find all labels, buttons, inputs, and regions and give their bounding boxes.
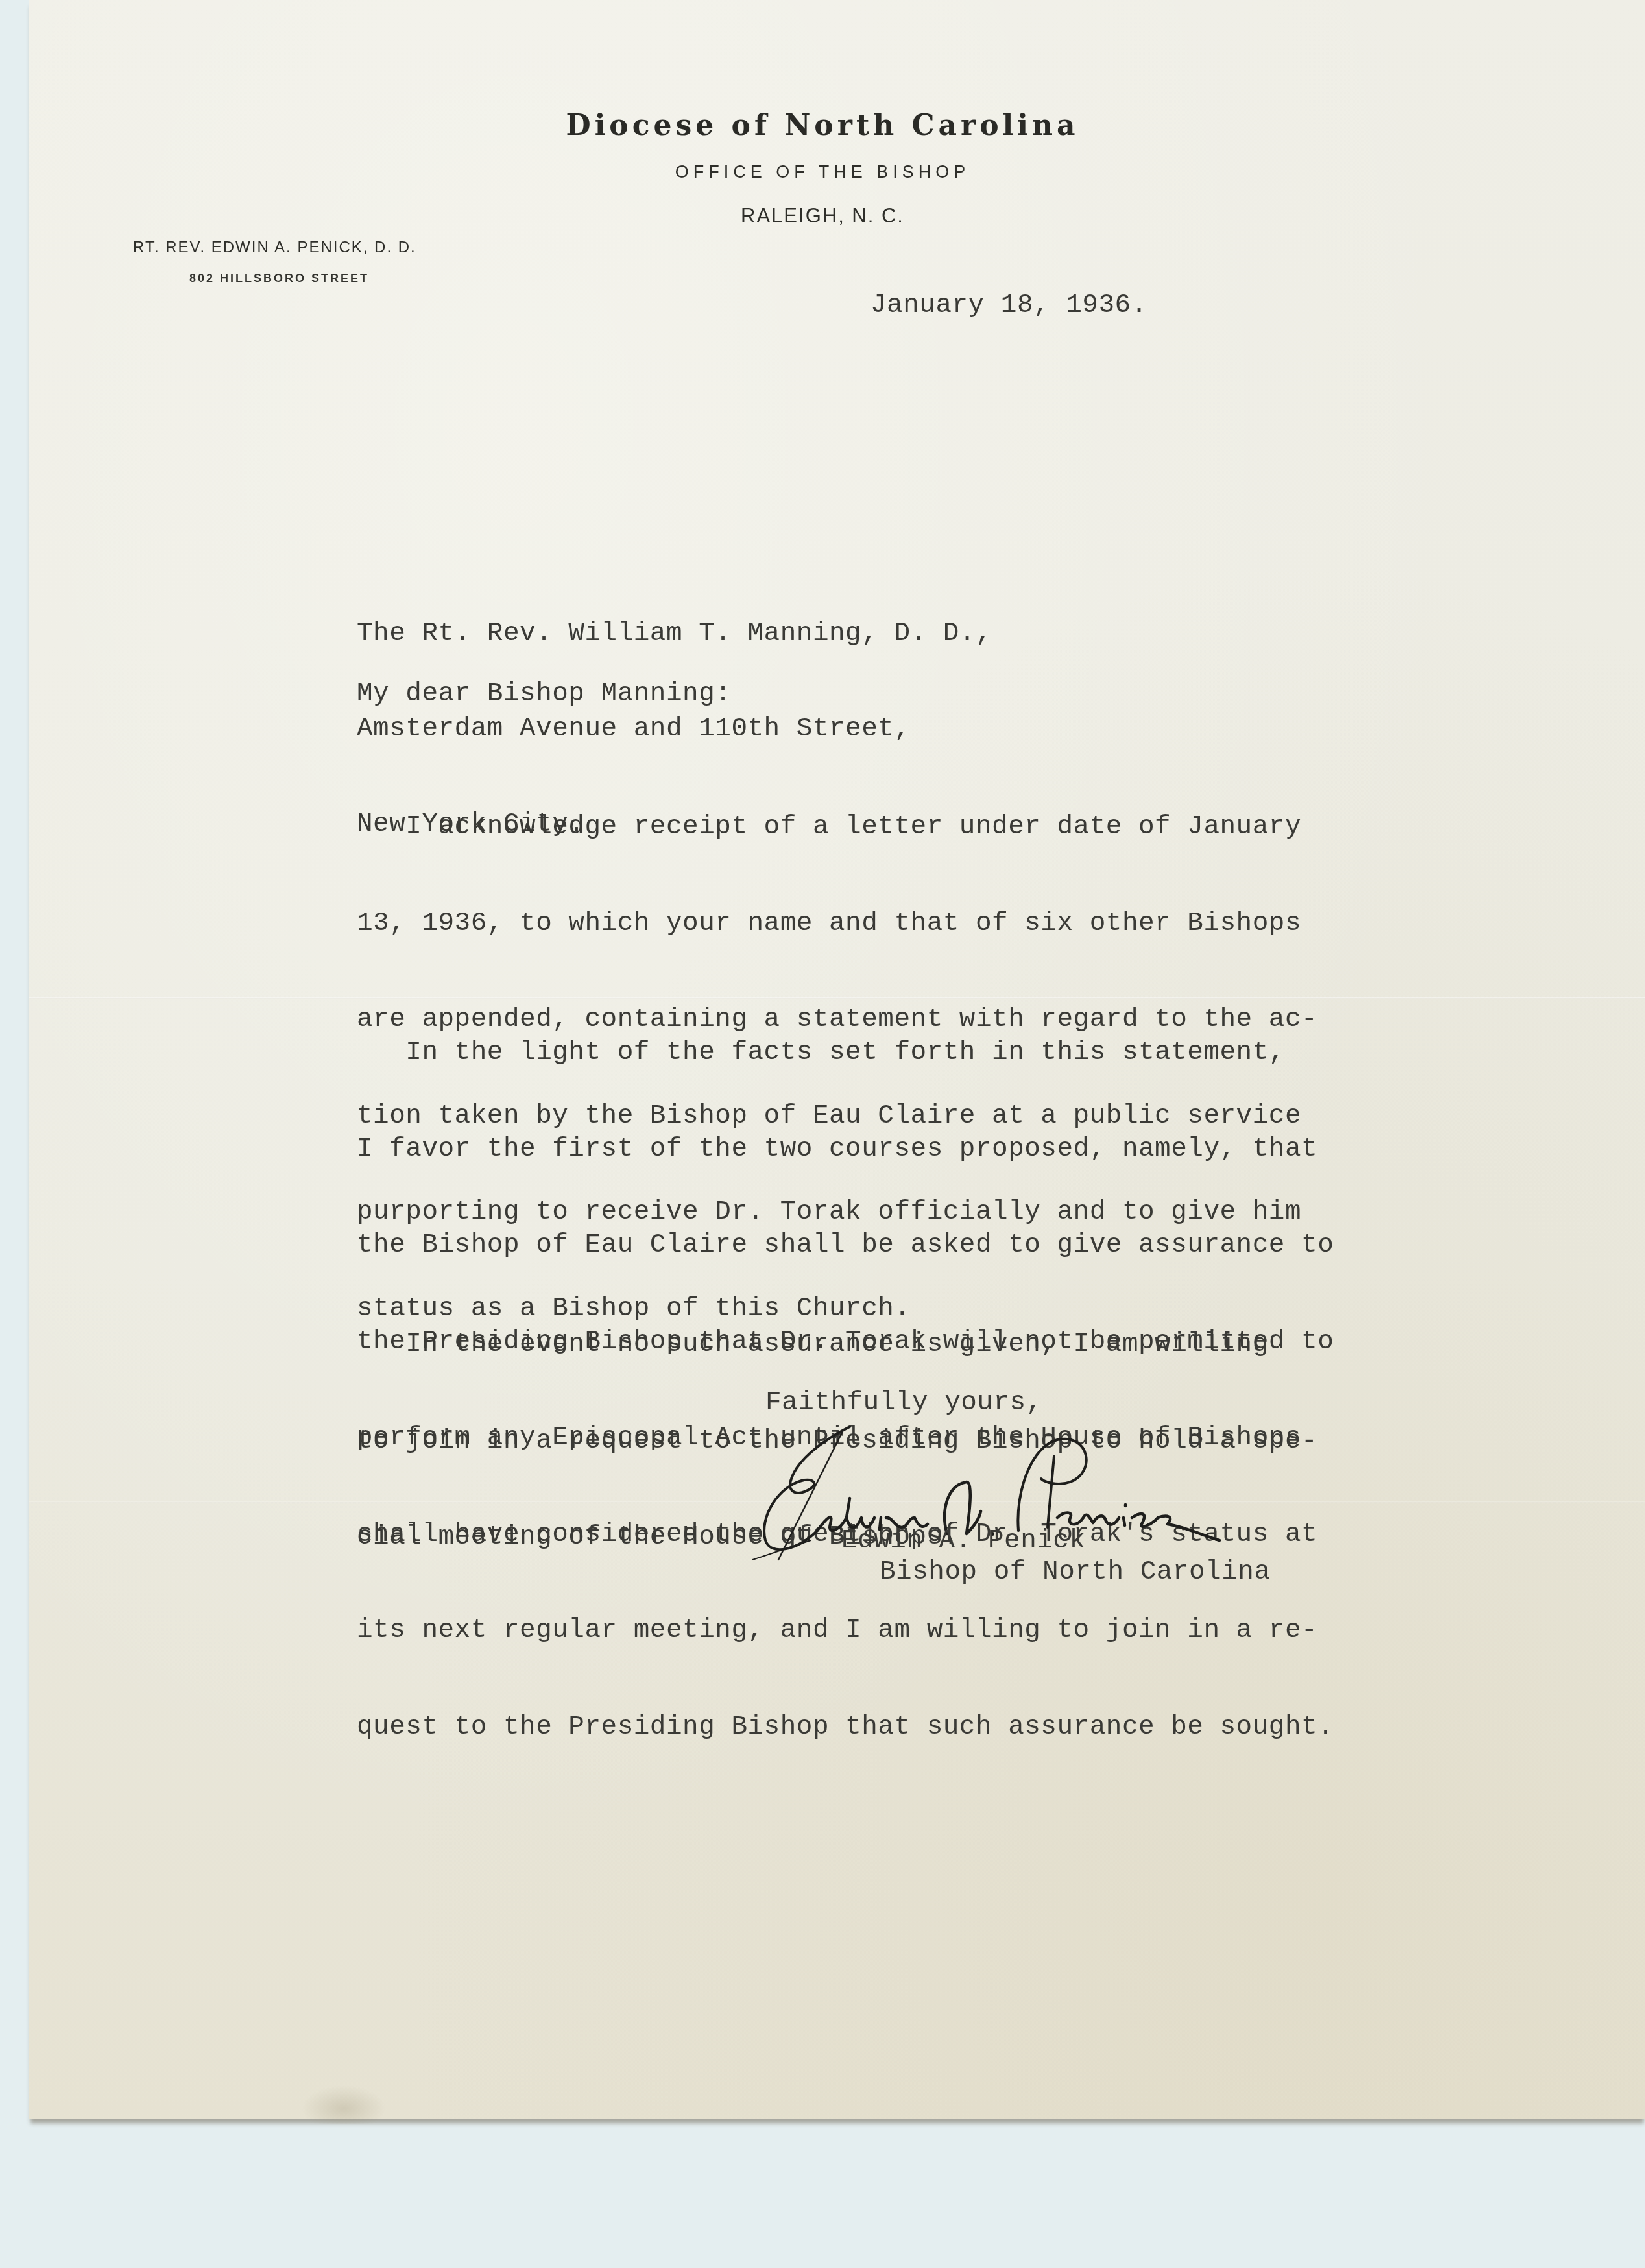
body-line: In the light of the facts set forth in t… xyxy=(357,1037,1334,1069)
letterhead-city: RALEIGH, N. C. xyxy=(0,204,1645,228)
letter-date: January 18, 1936. xyxy=(871,291,1147,320)
paper-stain xyxy=(302,2085,386,2124)
addressee-line: The Rt. Rev. William T. Manning, D. D., xyxy=(357,618,992,650)
body-line: I acknowledge receipt of a letter under … xyxy=(357,811,1317,844)
letterhead-diocese: Diocese of North Carolina xyxy=(0,109,1645,142)
body-line: 13, 1936, to which your name and that of… xyxy=(357,908,1317,940)
closing: Faithfully yours, xyxy=(765,1388,1042,1418)
letterhead-sender-address: 802 HILLSBORO STREET xyxy=(189,272,369,285)
salutation: My dear Bishop Manning: xyxy=(357,679,731,709)
addressee-line: Amsterdam Avenue and 110th Street, xyxy=(357,713,992,745)
letterhead-sender-name: RT. REV. EDWIN A. PENICK, D. D. xyxy=(133,239,416,257)
body-line: I favor the first of the two courses pro… xyxy=(357,1134,1334,1166)
body-line: quest to the Presiding Bishop that such … xyxy=(357,1712,1334,1744)
body-line: its next regular meeting, and I am willi… xyxy=(357,1615,1334,1647)
letterhead-office: OFFICE OF THE BISHOP xyxy=(0,162,1645,182)
body-line: In the event no such assurance is given,… xyxy=(357,1329,1317,1361)
body-line: the Bishop of Eau Claire shall be asked … xyxy=(357,1230,1334,1262)
signer-title: Bishop of North Carolina xyxy=(880,1557,1271,1587)
signer-name: Edwin A. Penick xyxy=(841,1526,1086,1556)
